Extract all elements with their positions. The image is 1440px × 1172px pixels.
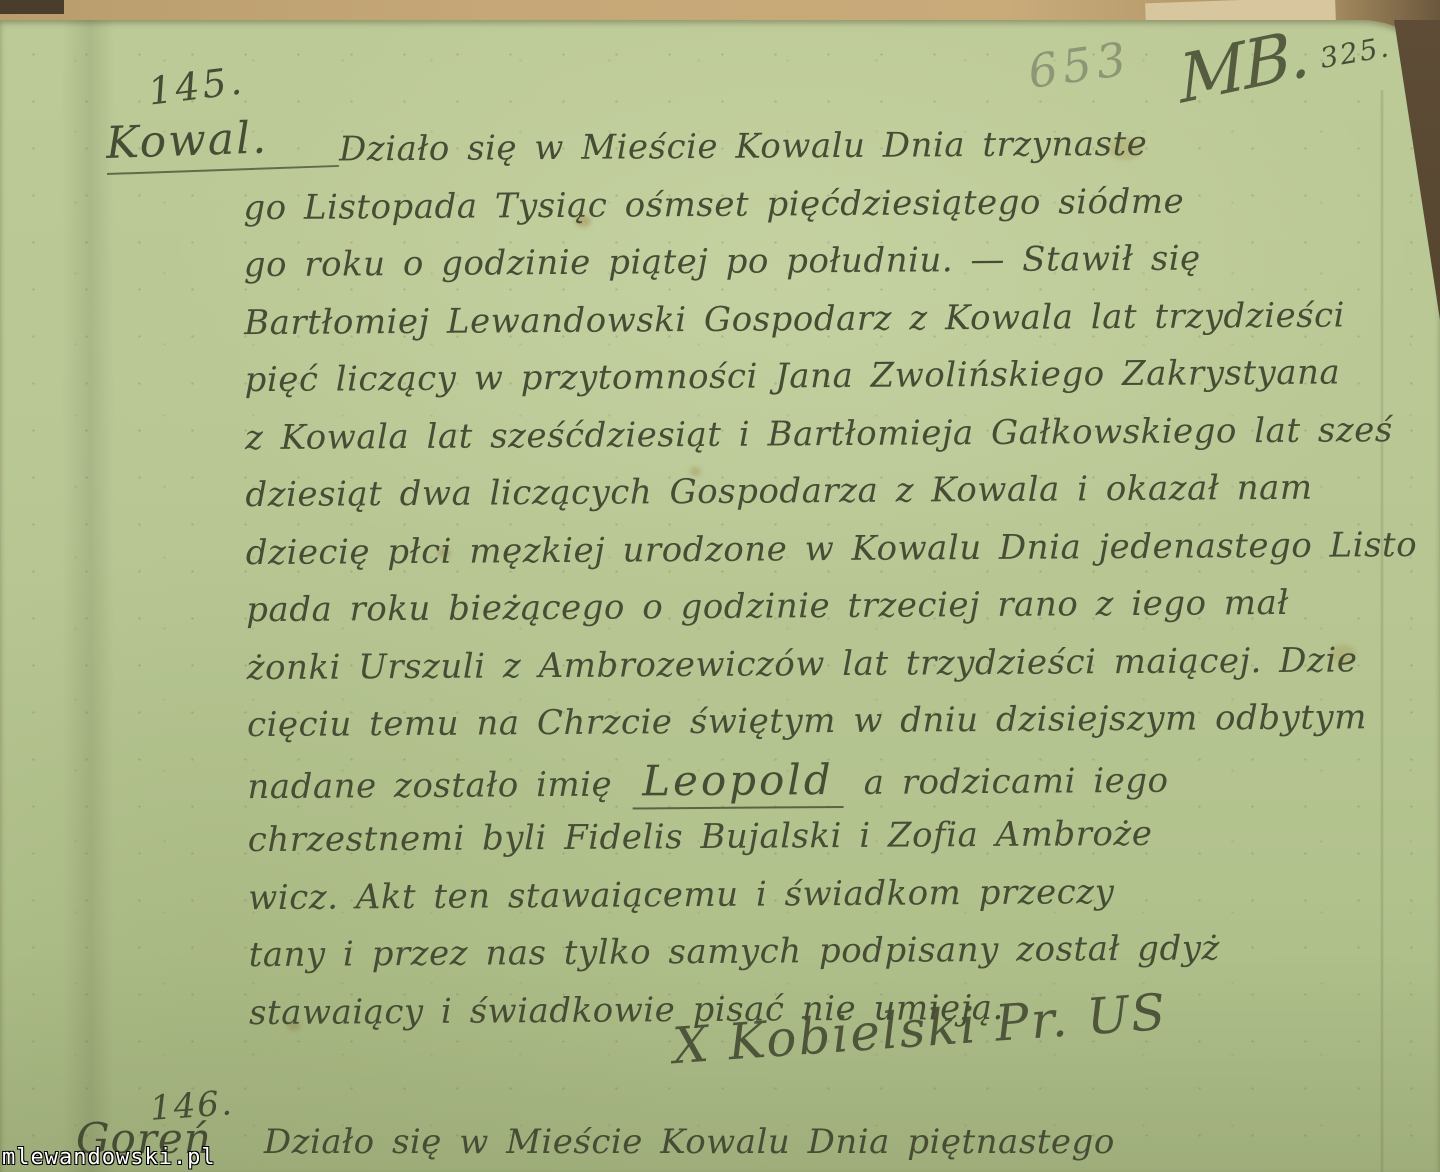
name-line-pre: nadane zostało imię xyxy=(247,764,612,807)
record-145-line: dziecię płci męzkiej urodzone w Kowalu D… xyxy=(246,516,1436,582)
scanned-register-page: 653 MB. 325. 145. Kowal. Działo się w Mi… xyxy=(0,0,1440,1172)
record-146-text: Działo się w Mieście Kowalu Dnia piętnas… xyxy=(264,1122,1115,1162)
site-watermark: mlewandowski.pl xyxy=(2,1145,216,1170)
record-145-line: chrzestnemi byli Fidelis Bujalski i Zofi… xyxy=(248,804,1438,870)
record-145-line: pięć liczący w przytomności Jana Zwolińs… xyxy=(244,344,1434,410)
dark-corner-top-left xyxy=(0,0,64,14)
record-145-line: z Kowala lat sześćdziesiąt i Bartłomieja… xyxy=(245,401,1435,467)
record-146-first-line: GoreńDziało się w Mieście Kowalu Dnia pi… xyxy=(76,1114,1115,1163)
record-145-line: żonki Urszuli z Ambrozewiczów lat trzydz… xyxy=(246,631,1436,697)
record-145-line: cięciu temu na Chrzcie świętym w dniu dz… xyxy=(247,689,1437,755)
name-line-post: a rodzicami iego xyxy=(864,760,1169,802)
record-145-line: go roku o godzinie piątej po południu. —… xyxy=(244,229,1434,295)
record-145-name-line: nadane zostało imięLeopolda rodzicami ie… xyxy=(247,746,1437,812)
child-name-underlined: Leopold xyxy=(632,754,844,808)
record-145-line: tany i przez nas tylko samych podpisany … xyxy=(248,919,1438,985)
record-145-line: dziesiąt dwa liczących Gospodarza z Kowa… xyxy=(245,459,1435,525)
record-145-line: wicz. Akt ten stawaiącemu i świadkom prz… xyxy=(248,861,1438,927)
record-145-body: Działo się w Mieście Kowalu Dnia trzynas… xyxy=(243,114,1439,1042)
record-145-line: go Listopada Tysiąc ośmset pięćdziesiąte… xyxy=(243,171,1433,237)
record-145-line: pada roku bieżącego o godzinie trzeciej … xyxy=(246,574,1436,640)
record-145-line: Bartłomiej Lewandowski Gospodarz z Kowal… xyxy=(244,286,1434,352)
record-145-line: Działo się w Mieście Kowalu Dnia trzynas… xyxy=(243,114,1433,180)
